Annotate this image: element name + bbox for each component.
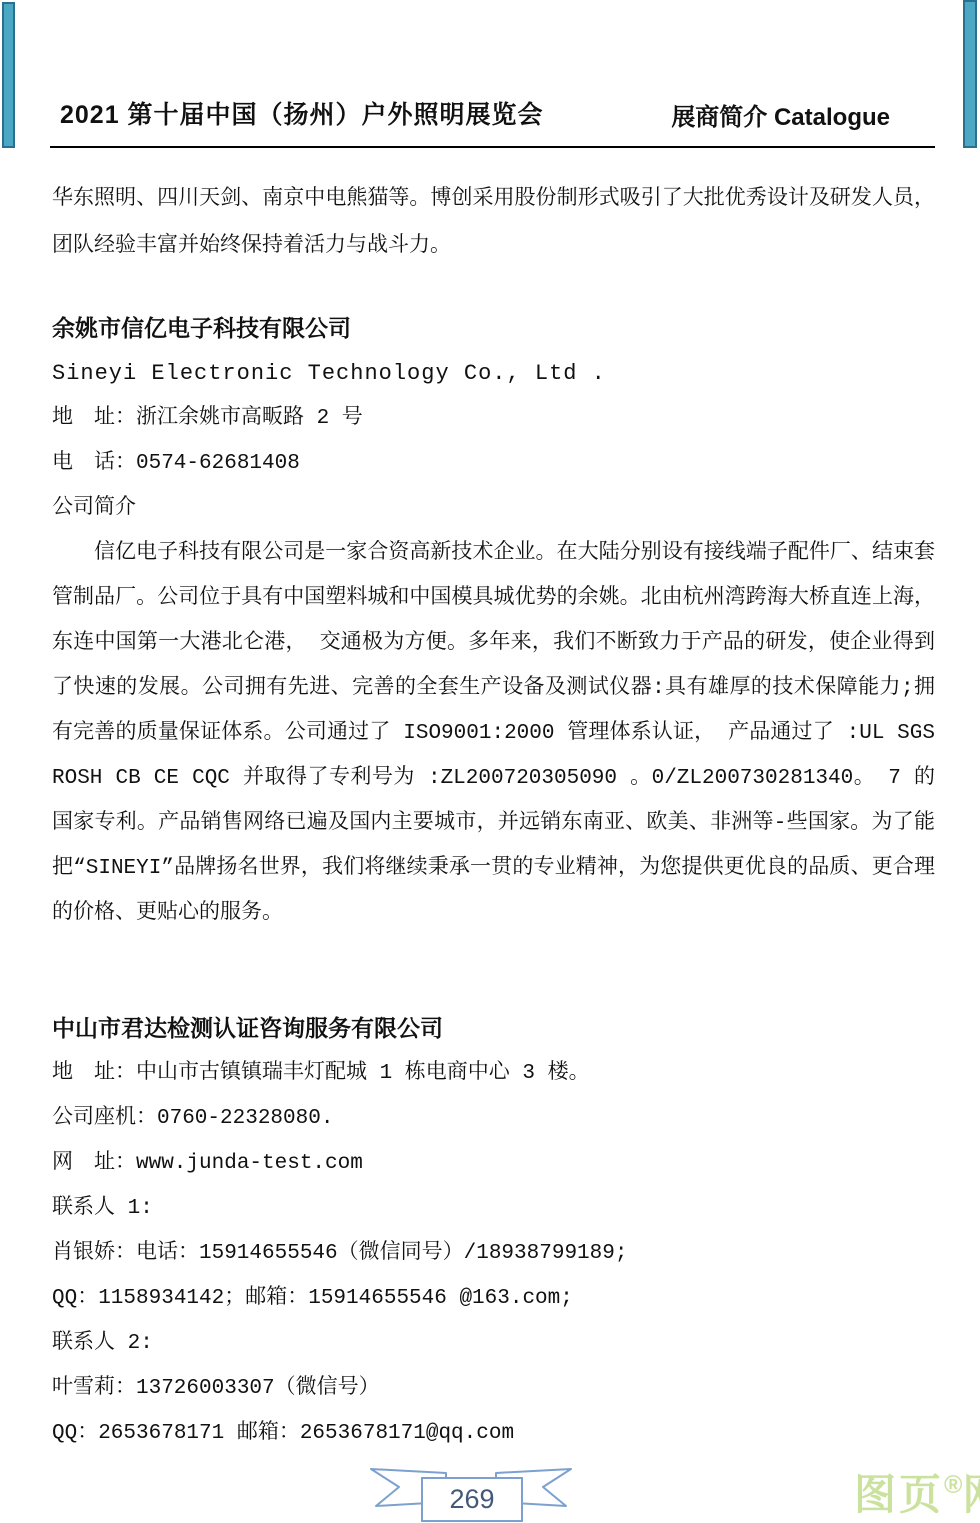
- company-landline: 公司座机：0760-22328080.: [52, 1096, 935, 1141]
- company-address: 地 址：中山市古镇镇瑞丰灯配城 1 栋电商中心 3 楼。: [52, 1051, 935, 1096]
- company-name-cn: 中山市君达检测认证咨询服务有限公司: [52, 1006, 935, 1051]
- contact2-phone: 叶雪莉：13726003307（微信号）: [52, 1366, 935, 1411]
- company-name-cn: 余姚市信亿电子科技有限公司: [52, 306, 935, 351]
- watermark-logo: 图页®网: [854, 1462, 980, 1522]
- watermark-text-left: 图页: [854, 1471, 944, 1518]
- left-accent-bar: [2, 2, 15, 148]
- company-website: 网 址：www.junda-test.com: [52, 1141, 935, 1186]
- page-number: 269: [449, 1484, 494, 1514]
- contact1-qq-email: QQ：1158934142；邮箱：15914655546 @163.com;: [52, 1276, 935, 1321]
- watermark-text-right: 网: [962, 1471, 980, 1518]
- contact2-label: 联系人 2:: [52, 1321, 935, 1366]
- company-section-junda: 中山市君达检测认证咨询服务有限公司 地 址：中山市古镇镇瑞丰灯配城 1 栋电商中…: [52, 1006, 935, 1456]
- ribbon-banner-icon: 269: [370, 1468, 572, 1523]
- page-header-subtitle: 展商简介 Catalogue: [671, 97, 890, 132]
- header-rule: [50, 146, 935, 148]
- company-profile-label: 公司简介: [52, 486, 935, 531]
- catalogue-page: 2021 第十届中国（扬州）户外照明展览会 展商简介 Catalogue 华东照…: [0, 0, 980, 1523]
- page-number-ribbon: 269: [370, 1468, 572, 1523]
- right-accent-bar: [963, 0, 977, 148]
- page-header-title: 2021 第十届中国（扬州）户外照明展览会: [60, 95, 544, 131]
- company-profile-text: 信亿电子科技有限公司是一家合资高新技术企业。在大陆分别设有接线端子配件厂、结束套…: [52, 531, 935, 936]
- company-section-sineyi: 余姚市信亿电子科技有限公司 Sineyi Electronic Technolo…: [52, 306, 935, 936]
- company-address: 地 址：浙江余姚市高畈路 2 号: [52, 396, 935, 441]
- intro-paragraph: 华东照明、四川天剑、南京中电熊猫等。博创采用股份制形式吸引了大批优秀设计及研发人…: [52, 176, 935, 270]
- registered-mark-icon: ®: [944, 1471, 962, 1499]
- contact2-qq-email: QQ：2653678171 邮箱：2653678171@qq.com: [52, 1411, 935, 1456]
- contact1-phone: 肖银娇：电话：15914655546（微信同号）/18938799189;: [52, 1231, 935, 1276]
- contact1-label: 联系人 1:: [52, 1186, 935, 1231]
- company-name-en: Sineyi Electronic Technology Co., Ltd .: [52, 351, 935, 396]
- company-phone: 电 话：0574-62681408: [52, 441, 935, 486]
